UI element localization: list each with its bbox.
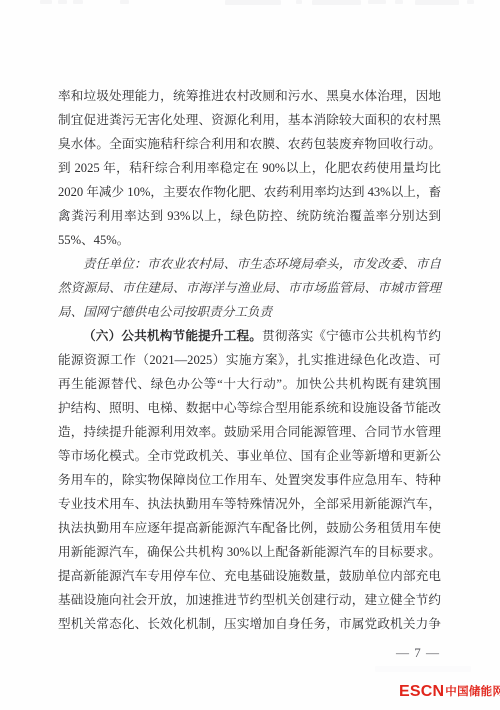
text-line: 型机关常态化、长效化机制，压实增加自身任务，市属党政机关力争 [58,612,441,636]
body-text: 型机关常态化、长效化机制，压实增加自身任务，市属党政机关力争 [58,617,441,631]
body-text: 局、国网宁德供电公司按职责分工负责 [58,305,272,319]
scan-artifact [296,0,302,4]
body-text: 制宜促进粪污无害化处理、资源化利用，基本消除较大面积的农村黑 [58,113,441,127]
document-page: 率和垃圾处理能力，统筹推进农村改厕和污水、黑臭水体治理，因地制宜促进粪污无害化处… [0,0,500,710]
scan-artifact [73,0,83,4]
body-text: 基础设施向社会开放，加速推进节约型机关创建行动，建立健全节约 [58,593,441,607]
text-line: 护结构、照明、电梯、数据中心等综合型用能系统和设施设备节能改 [58,396,441,420]
watermark-logo: ESCN中国储能网 [399,682,500,702]
scan-artifact [415,0,459,5]
text-line: 到 2025 年，秸秆综合利用率稳定在 90%以上，化肥农药使用量均比 [58,156,441,180]
body-text: 2020 年减少 10%，主要农作物化肥、农药利用率均达到 43%以上，畜 [58,185,441,199]
scan-artifact [368,0,386,4]
text-line: 能源资源工作（2021—2025）实施方案》，扎实推进绿色化改造、可 [58,348,441,372]
body-text: 造，持续提升能源利用效率。鼓励采用合同能源管理、合同节水管理 [58,425,441,439]
body-text: 禽粪污利用率达到 93%以上，绿色防控、统防统治覆盖率分别达到 [58,209,441,223]
text-line: 55%、45%。 [58,228,441,252]
text-line: 臭水体。全面实施秸秆综合利用和农膜、农药包装废弃物回收行动。 [58,132,441,156]
text-line: 基础设施向社会开放，加速推进节约型机关创建行动，建立健全节约 [58,588,441,612]
body-text: 贯彻落实《宁德市公共机构节约 [262,329,441,343]
body-text: 务用车的，除实物保障岗位工作用车、处置突发事件应急用车、特种 [58,473,441,487]
text-line: （六）公共机构节能提升工程。贯彻落实《宁德市公共机构节约 [58,324,441,348]
body-text: 专业技术用车、执法执勤用车等特殊情况外，全部采用新能源汽车， [58,497,441,511]
watermark-latin-text: ESCN [399,684,444,700]
scan-artifact [312,0,361,5]
body-text: 责任单位：市农业农村局、市生态环境局牵头，市发改委、市自 [83,257,441,271]
text-line: 禽粪污利用率达到 93%以上，绿色防控、统防统治覆盖率分别达到 [58,204,441,228]
body-text: 执法执勤用车应逐年提高新能源汽车配备比例，鼓励公务租赁用车使 [58,521,441,535]
body-text: 然资源局、市住建局、市海洋与渔业局、市市场监管局、市城市管理 [58,281,441,295]
text-line: 执法执勤用车应逐年提高新能源汽车配备比例，鼓励公务租赁用车使 [58,516,441,540]
body-text: 提高新能源汽车专用停车位、充电基础设施数量，鼓励单位内部充电 [58,569,441,583]
text-line: 2020 年减少 10%，主要农作物化肥、农药利用率均达到 43%以上，畜 [58,180,441,204]
body-text: 能源资源工作（2021—2025）实施方案》，扎实推进绿色化改造、可 [58,353,441,367]
text-line: 责任单位：市农业农村局、市生态环境局牵头，市发改委、市自 [58,252,441,276]
text-line: 再生能源替代、绿色办公等“十大行动”。加快公共机构既有建筑围 [58,372,441,396]
scan-artifact [395,0,403,4]
document-lines: 率和垃圾处理能力，统筹推进农村改厕和污水、黑臭水体治理，因地制宜促进粪污无害化处… [58,84,441,636]
scan-artifact [120,0,129,4]
text-line: 制宜促进粪污无害化处理、资源化利用，基本消除较大面积的农村黑 [58,108,441,132]
text-line: 专业技术用车、执法执勤用车等特殊情况外，全部采用新能源汽车， [58,492,441,516]
scan-artifact [40,0,52,4]
page-number: — 7 — [396,644,446,662]
text-line: 等市场化模式。全市党政机关、事业单位、国有企业等新增和更新公 [58,444,441,468]
body-text: 臭水体。全面实施秸秆综合利用和农膜、农药包装废弃物回收行动。 [58,137,441,151]
section-heading-text: （六）公共机构节能提升工程。 [83,329,262,343]
text-line: 局、国网宁德供电公司按职责分工负责 [58,300,441,324]
text-line: 提高新能源汽车专用停车位、充电基础设施数量，鼓励单位内部充电 [58,564,441,588]
text-line: 率和垃圾处理能力，统筹推进农村改厕和污水、黑臭水体治理，因地 [58,84,441,108]
scan-artifact [225,0,281,5]
body-text: 率和垃圾处理能力，统筹推进农村改厕和污水、黑臭水体治理，因地 [58,89,441,103]
body-text: 等市场化模式。全市党政机关、事业单位、国有企业等新增和更新公 [58,449,441,463]
body-text: 再生能源替代、绿色办公等“十大行动”。加快公共机构既有建筑围 [58,377,441,391]
text-line: 然资源局、市住建局、市海洋与渔业局、市市场监管局、市城市管理 [58,276,441,300]
body-text: 55%、45%。 [58,233,129,247]
body-text: 用新能源汽车，确保公共机构 30%以上配备新能源汽车的目标要求。 [58,545,441,559]
watermark-cjk-text: 中国储能网 [445,686,500,699]
scan-artifact [467,0,474,4]
body-text: 护结构、照明、电梯、数据中心等综合型用能系统和设施设备节能改 [58,401,441,415]
text-line: 用新能源汽车，确保公共机构 30%以上配备新能源汽车的目标要求。 [58,540,441,564]
body-text: 到 2025 年，秸秆综合利用率稳定在 90%以上，化肥农药使用量均比 [58,161,441,175]
scan-artifact [58,0,67,4]
text-line: 造，持续提升能源利用效率。鼓励采用合同能源管理、合同节水管理 [58,420,441,444]
scan-artifact [375,666,471,672]
text-line: 务用车的，除实物保障岗位工作用车、处置突发事件应急用车、特种 [58,468,441,492]
